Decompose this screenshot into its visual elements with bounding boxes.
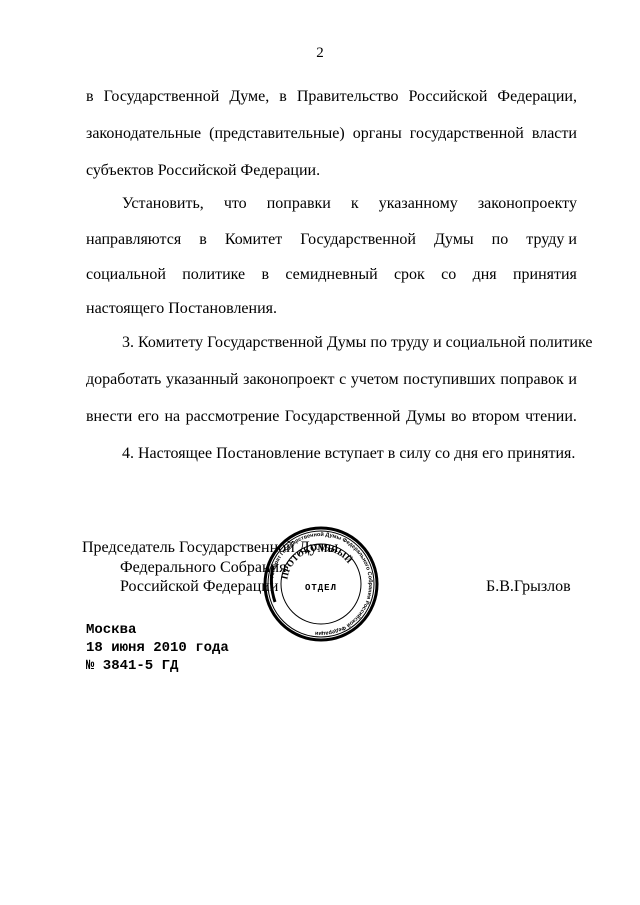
text-line: 4. Настоящее Постановление вступает в си… [122, 444, 577, 464]
text-line: внести его на рассмотрение Государственн… [86, 407, 577, 427]
footer-city: Москва [86, 621, 136, 639]
signatory-title-line3: Российской Федерации [120, 577, 278, 597]
signatory-title-line2: Федерального Собрания [120, 558, 286, 578]
official-stamp-icon: Аппарат Государственной Думы Федеральног… [263, 526, 379, 642]
text-line: субъектов Российской Федерации. [86, 161, 577, 181]
text-line: доработать указанный законопроект с учет… [86, 370, 577, 390]
text-line: социальной политике в семидневный срок с… [86, 265, 577, 285]
svg-text:ОТДЕЛ: ОТДЕЛ [305, 583, 337, 593]
footer-date: 18 июня 2010 года [86, 639, 229, 657]
text-line: Установить, что поправки к указанному за… [122, 194, 577, 214]
page-number: 2 [0, 44, 640, 62]
footer-document-number: № 3841-5 ГД [86, 657, 178, 675]
text-line: направляются в Комитет Государственной Д… [86, 230, 577, 250]
text-line: в Государственной Думе, в Правительство … [86, 87, 577, 107]
text-line: настоящего Постановления. [86, 299, 577, 319]
text-line: законодательные (представительные) орган… [86, 124, 577, 144]
signatory-name: Б.В.Грызлов [486, 577, 571, 597]
text-line: 3. Комитету Государственной Думы по труд… [122, 333, 577, 353]
